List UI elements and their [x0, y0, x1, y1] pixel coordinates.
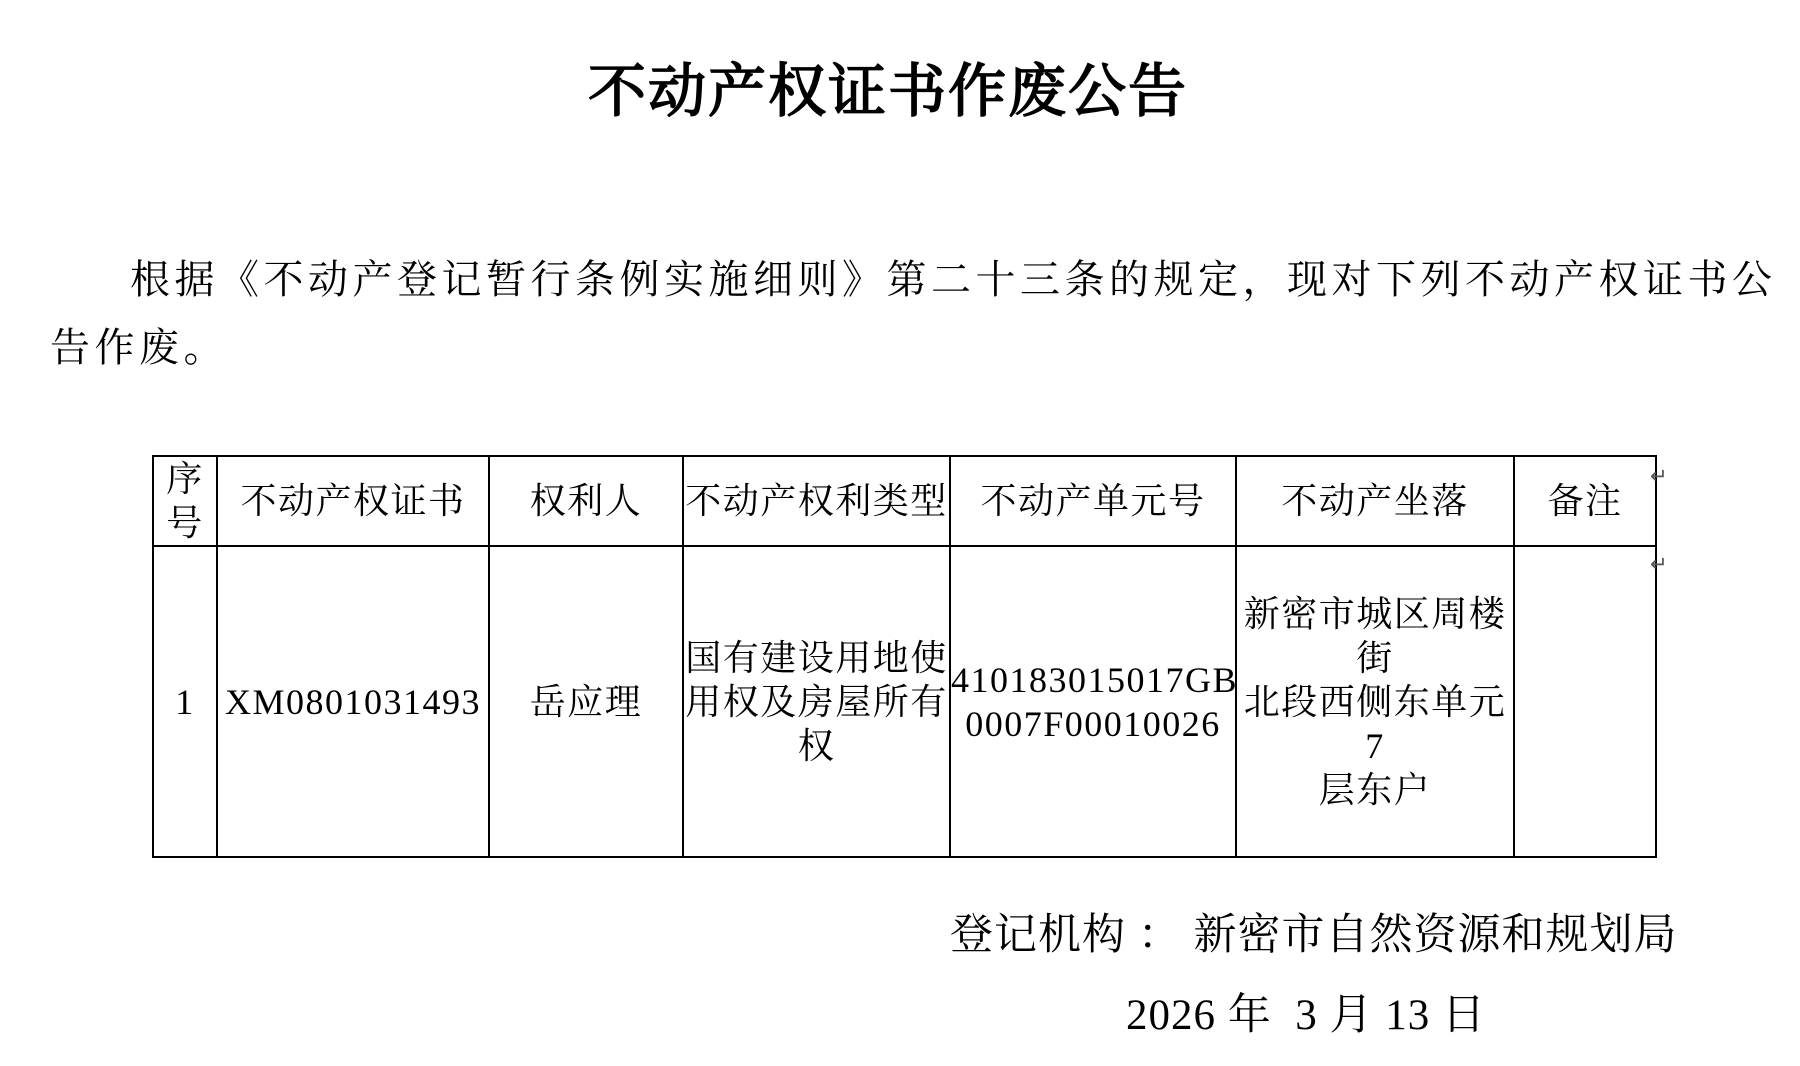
- column-header-certificate: 不动产权证书: [217, 456, 489, 546]
- cell-right-type: 国有建设用地使 用权及房屋所有 权: [683, 546, 950, 857]
- cell-location: 新密市城区周楼街 北段西侧东单元 7 层东户: [1236, 546, 1514, 857]
- line-break-mark-icon: ↵: [1650, 554, 1668, 575]
- cell-index: 1: [153, 546, 217, 857]
- document-title: 不动产权证书作废公告: [0, 51, 1800, 133]
- cell-certificate: XM0801031493: [217, 546, 489, 857]
- column-header-remarks: 备注: [1514, 456, 1656, 546]
- line-break-mark-icon: ↵: [1650, 466, 1668, 487]
- certificates-table: 序 号 不动产权证书 权利人 不动产权利类型 不动产单元号 不动产坐落 备注 1…: [152, 455, 1657, 858]
- column-header-unit-number: 不动产单元号: [950, 456, 1236, 546]
- cell-unit-number: 410183015017GB0 0007F00010026: [950, 546, 1236, 857]
- registrar-line: 登记机构 ： 新密市自然资源和规划局: [950, 901, 1678, 962]
- announcement-page: { "document": { "title": "不动产权证书作废公告", "…: [0, 0, 1800, 1066]
- table-row: 1 XM0801031493 岳应理 国有建设用地使 用权及房屋所有 权 410…: [153, 546, 1656, 857]
- cell-remarks: [1514, 546, 1656, 857]
- column-header-right-type: 不动产权利类型: [683, 456, 950, 546]
- table-header-row: 序 号 不动产权证书 权利人 不动产权利类型 不动产单元号 不动产坐落 备注: [153, 456, 1656, 546]
- announcement-paragraph: 根据《不动产登记暂行条例实施细则》第二十三条的规定，现对下列不动产权证书公 告作…: [50, 246, 1794, 382]
- cell-holder: 岳应理: [489, 546, 683, 857]
- column-header-holder: 权利人: [489, 456, 683, 546]
- date-line: 2026 年 3 月 13 日: [1126, 981, 1486, 1042]
- column-header-index: 序 号: [153, 456, 217, 546]
- column-header-location: 不动产坐落: [1236, 456, 1514, 546]
